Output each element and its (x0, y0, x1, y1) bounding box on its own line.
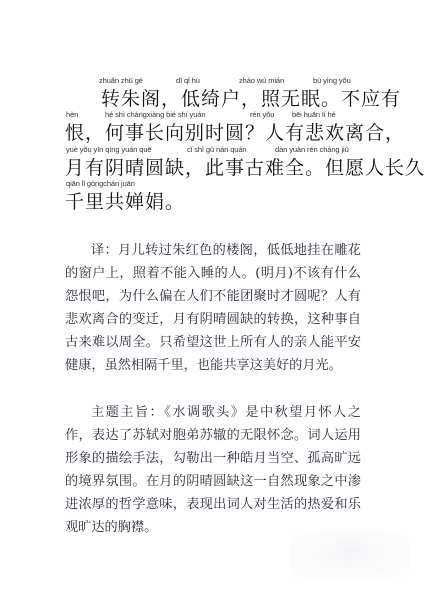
poem-text: 月有阴晴圆缺，此事古难全。但愿人长久， (65, 153, 424, 180)
poem-text: 千里共婵娟。 (65, 187, 185, 214)
poem-text: 恨，何事长向别时圆？人有悲欢离合， (65, 118, 405, 145)
theme-text: 主题主旨：《水调歌头》是中秋望月怀人之作，表达了苏轼对胞弟苏辙的无限怀念。词人运… (65, 401, 361, 539)
poem-text: 转朱阁，低绮户，照无眠。不应有 (101, 84, 401, 111)
translation-text: 译：月儿转过朱红色的楼阁，低低地挂在雕花的窗户上，照着不能入睡的人。(明月)不该… (65, 239, 361, 377)
scan-shadow (290, 530, 410, 580)
translation-paragraph: 译：月儿转过朱红色的楼阁，低低地挂在雕花的窗户上，照着不能入睡的人。(明月)不该… (65, 239, 361, 377)
theme-paragraph: 主题主旨：《水调歌头》是中秋望月怀人之作，表达了苏轼对胞弟苏辙的无限怀念。词人运… (65, 401, 361, 539)
